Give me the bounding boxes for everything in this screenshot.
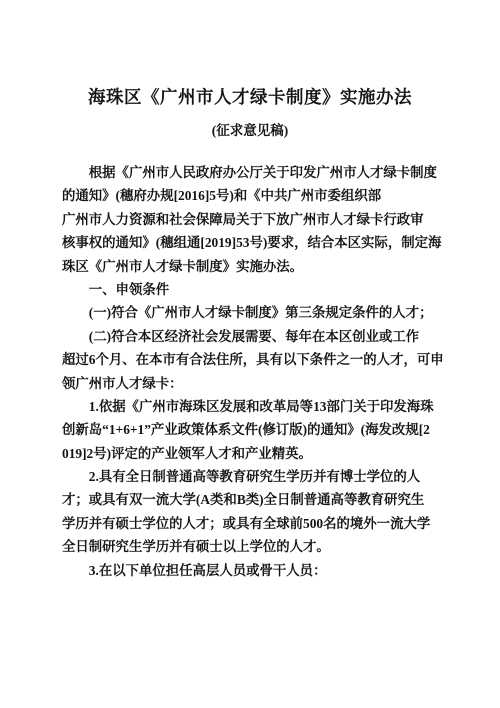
document-page: 海珠区《广州市人才绿卡制度》实施办法 (征求意见稿) 根据《广州市人民政府办公厅… — [0, 0, 500, 708]
doc-line: 珠区《广州市人才绿卡制度》实施办法。 — [62, 255, 440, 278]
doc-line: (一)符合《广州市人才绿卡制度》第三条规定条件的人才； — [62, 301, 440, 324]
doc-line: 019]2号)评定的产业领军人才和产业精英。 — [62, 442, 440, 465]
doc-line: 学历并有硕士学位的人才；或具有全球前500名的境外一流大学 — [62, 512, 440, 535]
doc-line: 3.在以下单位担任高层人员或骨干人员： — [62, 559, 440, 582]
doc-line: 核事权的通知》(穗组通[2019]53号)要求，结合本区实际，制定海 — [62, 231, 440, 254]
doc-line: 全日制研究生学历并有硕士以上学位的人才。 — [62, 535, 440, 558]
document-body: 根据《广州市人民政府办公厅关于印发广州市人才绿卡制度 的通知》(穗府办规[201… — [62, 161, 440, 582]
document-subtitle: (征求意见稿) — [0, 119, 500, 139]
doc-line: 1.依据《广州市海珠区发展和改革局等13部门关于印发海珠 — [62, 395, 440, 418]
doc-line: 广州市人力资源和社会保障局关于下放广州市人才绿卡行政审 — [62, 208, 440, 231]
doc-line: 才；或具有双一流大学(A类和B类)全日制普通高等教育研究生 — [62, 488, 440, 511]
doc-line: 创新岛“1+6+1”产业政策体系文件(修订版)的通知》(海发改规[2 — [62, 418, 440, 441]
doc-line-section-heading: 一、申领条件 — [62, 278, 440, 301]
doc-line: 根据《广州市人民政府办公厅关于印发广州市人才绿卡制度 — [62, 161, 440, 184]
doc-line: 的通知》(穗府办规[2016]5号)和《中共广州市委组织部 — [62, 184, 440, 207]
doc-line: 2.具有全日制普通高等教育研究生学历并有博士学位的人 — [62, 465, 440, 488]
doc-line: (二)符合本区经济社会发展需要、每年在本区创业或工作 — [62, 325, 440, 348]
doc-line: 领广州市人才绿卡： — [62, 372, 440, 395]
document-title: 海珠区《广州市人才绿卡制度》实施办法 — [0, 84, 500, 109]
doc-line: 超过6个月、在本市有合法住所，具有以下条件之一的人才，可申 — [62, 348, 440, 371]
